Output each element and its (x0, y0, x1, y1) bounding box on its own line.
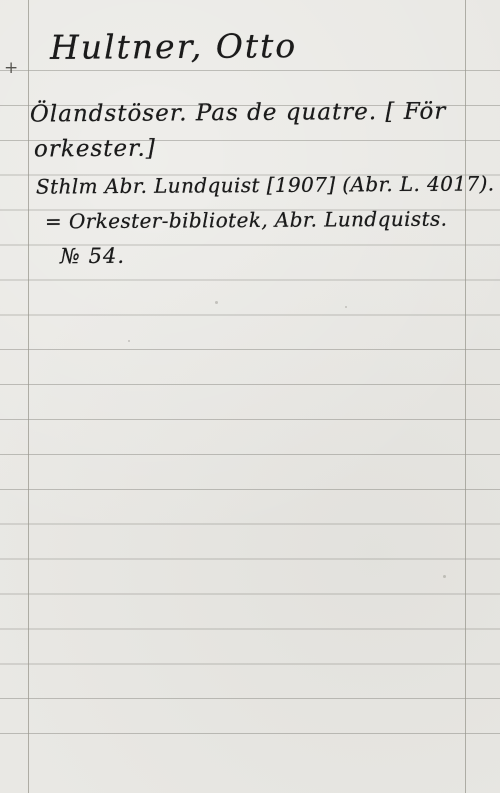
right-margin-line (465, 0, 466, 793)
paper-speck (215, 301, 218, 304)
ruled-lines (0, 70, 500, 734)
title-line-2: orkester.] (34, 137, 156, 162)
paper-speck (128, 340, 130, 342)
plus-mark: + (4, 60, 18, 78)
paper-speck (345, 306, 347, 308)
paper-speck (443, 575, 446, 578)
imprint-line: Sthlm Abr. Lundquist [1907] (Abr. L. 401… (36, 173, 495, 197)
catalog-card-scan: + Hultner, Otto Ölandstöser. Pas de quat… (0, 0, 500, 793)
heading-author-name: Hultner, Otto (50, 29, 297, 65)
title-line-1: Ölandstöser. Pas de quatre. [ För (30, 100, 446, 127)
series-line: = Orkester-bibliotek, Abr. Lundquists. (45, 209, 448, 233)
series-number-line: № 54. (60, 245, 125, 267)
left-margin-line (28, 0, 29, 793)
